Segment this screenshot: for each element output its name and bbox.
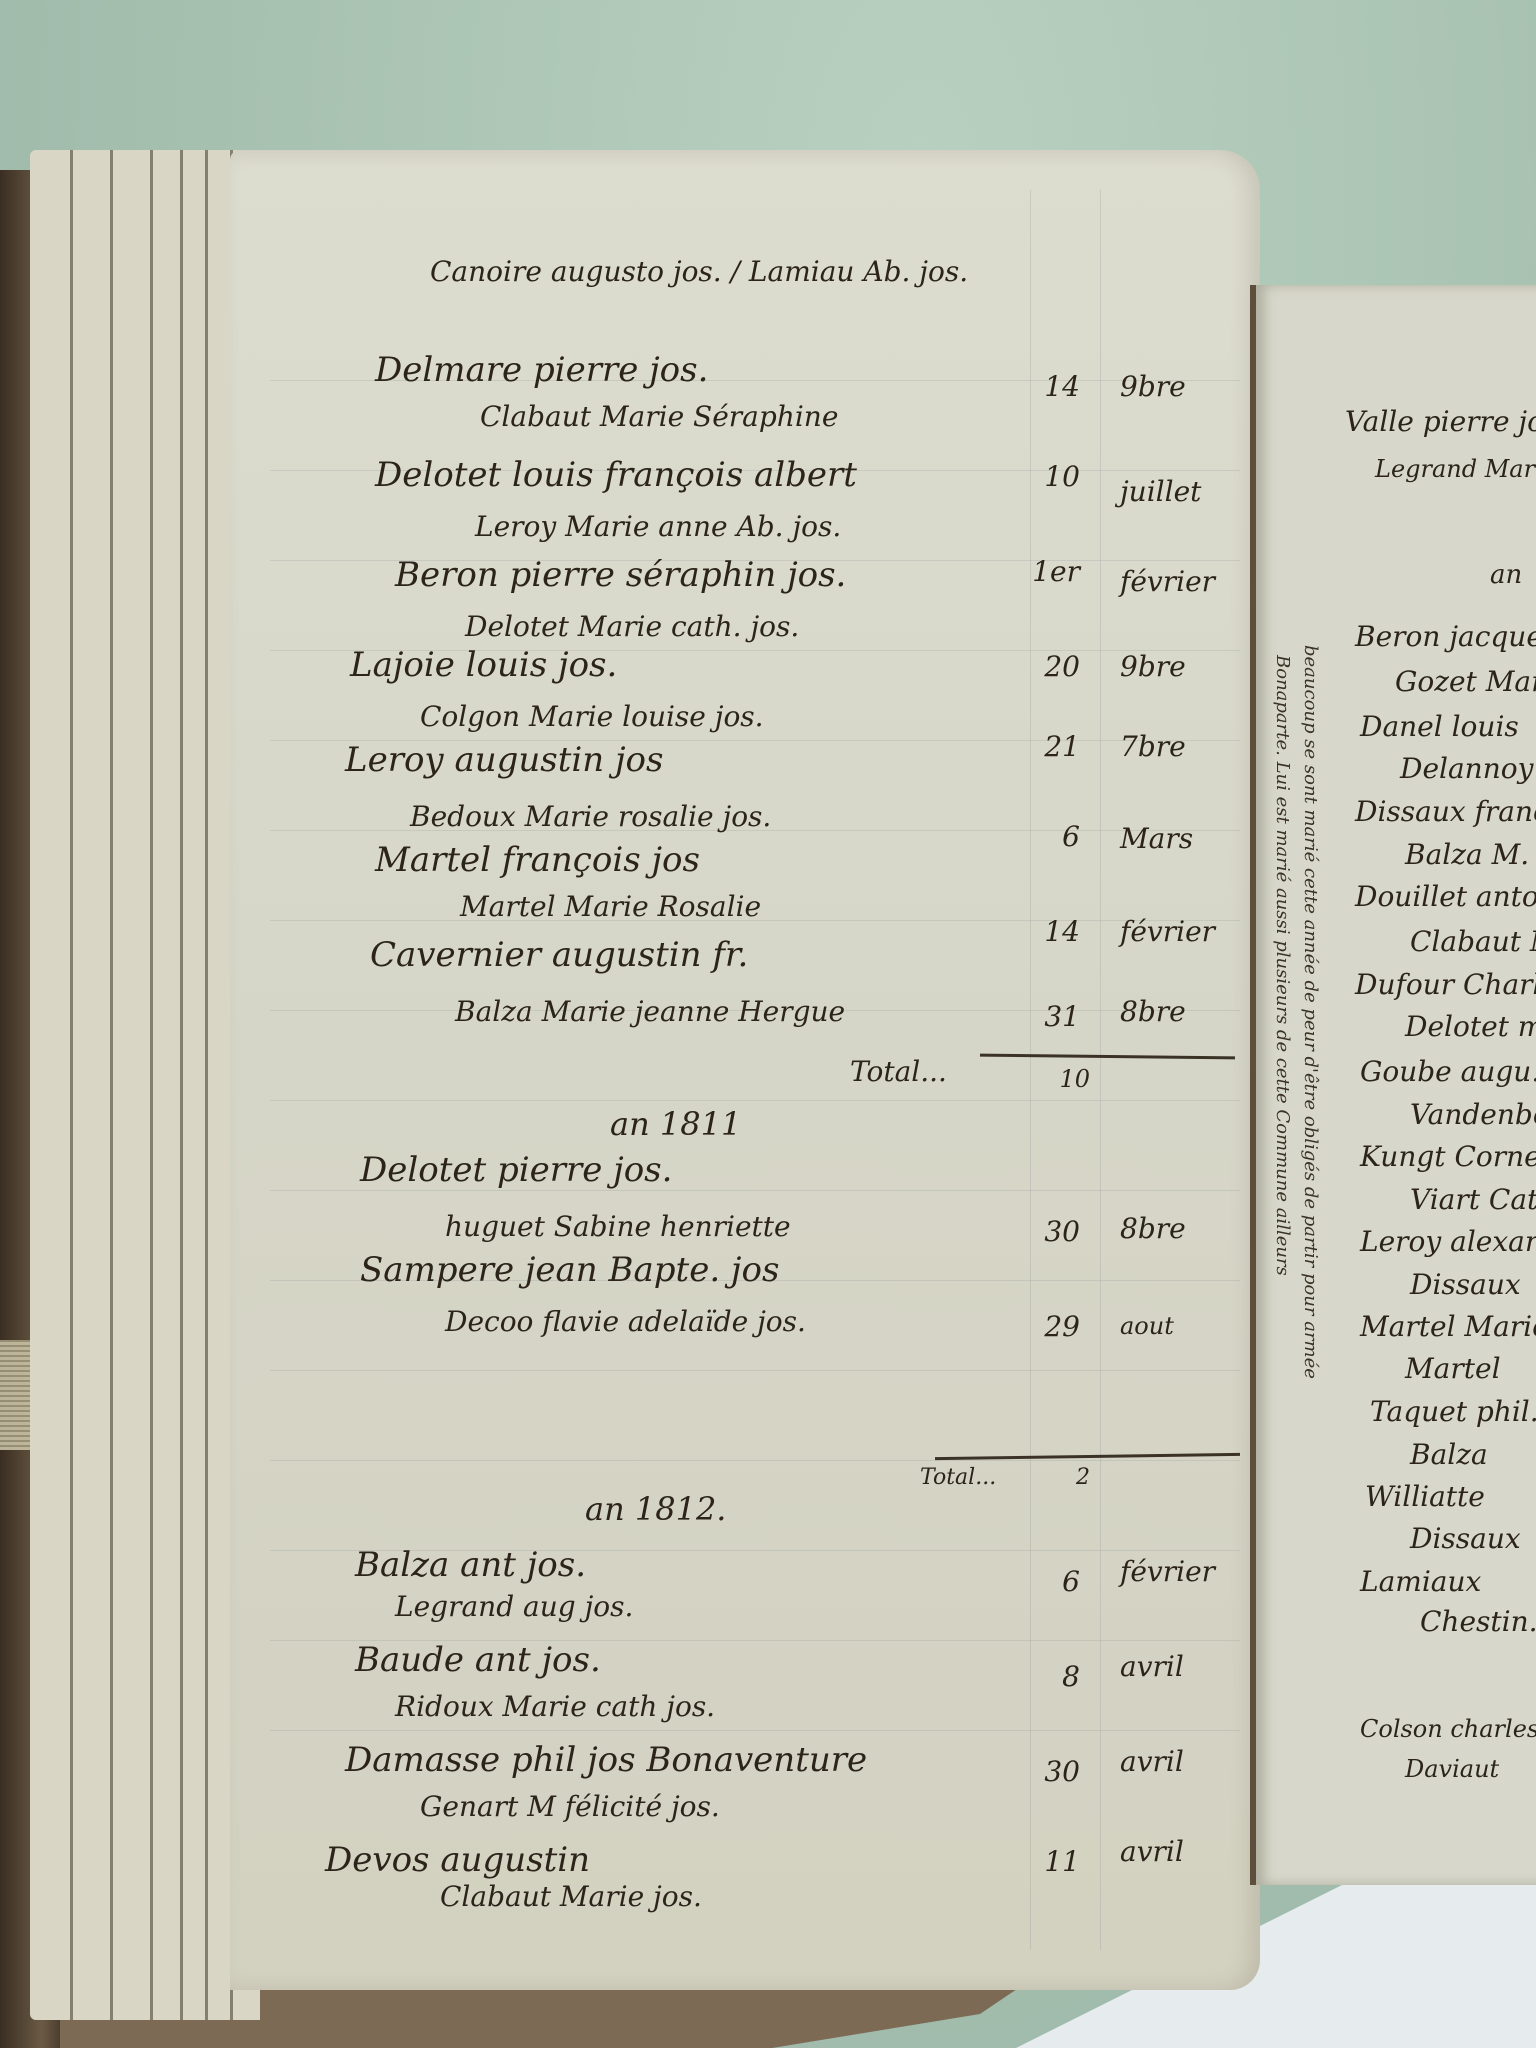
right-entry: Williatte	[1365, 1480, 1485, 1513]
year-heading: an	[1490, 560, 1522, 590]
bride-name: Balza Marie jeanne Hergue	[455, 995, 845, 1028]
entry-month: février	[1120, 1555, 1215, 1588]
entry-month: 9bre	[1120, 650, 1186, 683]
groom-name: Balza ant jos.	[355, 1545, 586, 1585]
right-entry: Kungt Corne.	[1360, 1140, 1536, 1173]
right-entry: Delannoy	[1400, 752, 1533, 785]
groom-name: Baude ant jos.	[355, 1640, 601, 1680]
right-entry: Dissaux	[1410, 1522, 1521, 1555]
groom-name: Lajoie louis jos.	[350, 645, 617, 685]
entry-month: avril	[1120, 1835, 1184, 1868]
groom-name: Martel françois jos	[375, 840, 700, 880]
right-entry: Danel louis	[1360, 710, 1519, 743]
groom-name: Beron pierre séraphin jos.	[395, 555, 846, 595]
right-entry: Viart Cat.	[1410, 1183, 1536, 1216]
ruled-line	[270, 1460, 1240, 1461]
entry-day: 14	[1020, 915, 1080, 948]
entry-month: 8bre	[1120, 1212, 1186, 1245]
column-rule	[1100, 190, 1101, 1950]
right-entry: Martel	[1405, 1352, 1501, 1385]
groom-name: Delmare pierre jos.	[375, 350, 708, 390]
entry-month: Mars	[1120, 822, 1193, 855]
right-entry: Beron jacques	[1355, 620, 1536, 653]
page-edge	[70, 150, 73, 2020]
right-entry: Martel Marie	[1360, 1310, 1536, 1343]
entry-day: 8	[1020, 1660, 1080, 1693]
total-value: 2	[1030, 1465, 1090, 1490]
right-entry: Clabaut M.	[1410, 925, 1536, 958]
entry-day: 11	[1020, 1845, 1080, 1878]
right-entry: Valle pierre jos	[1345, 405, 1536, 438]
entry-day: 6	[1020, 1565, 1080, 1598]
entry-month: aout	[1120, 1312, 1174, 1340]
bride-name: Leroy Marie anne Ab. jos.	[475, 510, 841, 543]
entry-month: 7bre	[1120, 730, 1186, 763]
margin-note: beaucoup se sont marié cette année de pe…	[1300, 645, 1321, 1379]
right-entry: Colson charles	[1360, 1715, 1536, 1743]
page-edge	[180, 150, 183, 2020]
groom-name: Delotet pierre jos.	[360, 1150, 672, 1190]
bride-name: huguet Sabine henriette	[445, 1210, 791, 1243]
bride-name: Bedoux Marie rosalie jos.	[410, 800, 771, 833]
right-entry: Daviaut	[1405, 1755, 1499, 1783]
ruled-line	[270, 1190, 1240, 1191]
right-entry: Gozet Marie	[1395, 665, 1536, 698]
bride-name: Colgon Marie louise jos.	[420, 700, 764, 733]
right-entry: Lamiaux	[1360, 1565, 1481, 1598]
entry-day: 10	[1020, 460, 1080, 493]
bride-name: Clabaut Marie Séraphine	[480, 400, 838, 433]
right-entry: Delotet m.	[1405, 1010, 1536, 1043]
ruled-line	[270, 1100, 1240, 1101]
right-entry: Dufour Charles	[1355, 968, 1536, 1001]
right-entry: Chestin.	[1420, 1605, 1536, 1638]
entry-month: 9bre	[1120, 370, 1186, 403]
bride-name: Delotet Marie cath. jos.	[465, 610, 799, 643]
right-entry: Vandenbe.	[1410, 1098, 1536, 1131]
bride-name: Legrand aug jos.	[395, 1590, 633, 1623]
year-heading: an 1811	[610, 1105, 741, 1143]
groom-name: Damasse phil jos Bonaventure	[345, 1740, 867, 1780]
ruled-line	[270, 1370, 1240, 1371]
bride-name: Clabaut Marie jos.	[440, 1880, 702, 1913]
entry-day: 14	[1020, 370, 1080, 403]
groom-name: Delotet louis françois albert	[375, 455, 857, 495]
entry-day: 30	[1020, 1215, 1080, 1248]
entry-day: 1er	[1020, 555, 1080, 588]
groom-name: Cavernier augustin fr.	[370, 935, 748, 975]
entry-day: 6	[1020, 820, 1080, 853]
bride-name: Ridoux Marie cath jos.	[395, 1690, 715, 1723]
entry-month: février	[1120, 915, 1215, 948]
page-edge	[150, 150, 153, 2020]
right-entry: Dissaux franc.	[1355, 795, 1536, 828]
right-entry: Dissaux	[1410, 1268, 1521, 1301]
entry-day: 21	[1020, 730, 1080, 763]
entry-month: avril	[1120, 1650, 1184, 1683]
entry-day: 29	[1020, 1310, 1080, 1343]
total-label: Total...	[850, 1055, 947, 1088]
entry-day: 20	[1020, 650, 1080, 683]
right-entry: Goube augu.	[1360, 1055, 1536, 1088]
bride-name: Canoire augusto jos. / Lamiau Ab. jos.	[430, 255, 968, 288]
right-entry: Taquet phil.	[1370, 1395, 1536, 1428]
bride-name: Martel Marie Rosalie	[460, 890, 761, 923]
right-entry: Balza M.	[1405, 838, 1529, 871]
bride-name: Genart M félicité jos.	[420, 1790, 720, 1823]
total-label: Total...	[920, 1465, 996, 1490]
entry-month: juillet	[1120, 475, 1201, 508]
total-value: 10	[1030, 1065, 1090, 1093]
right-entry: Douillet anto.	[1355, 880, 1536, 913]
page-edge	[110, 150, 113, 2020]
entry-day: 31	[1020, 1000, 1080, 1033]
groom-name: Leroy augustin jos	[345, 740, 663, 780]
ruled-line	[270, 1730, 1240, 1731]
page-edge	[205, 150, 208, 2020]
bride-name: Decoo flavie adelaïde jos.	[445, 1305, 806, 1338]
entry-month: avril	[1120, 1745, 1184, 1778]
groom-name: Sampere jean Bapte. jos	[360, 1250, 779, 1290]
right-entry: Leroy alexandre	[1360, 1225, 1536, 1258]
year-heading: an 1812.	[585, 1490, 726, 1528]
right-entry: Legrand Marie	[1375, 455, 1536, 483]
groom-name: Devos augustin	[325, 1840, 590, 1880]
margin-note: Bonaparte. Lui est marié aussi plusieurs…	[1272, 655, 1293, 1276]
entry-month: 8bre	[1120, 995, 1186, 1028]
right-entry: Balza	[1410, 1438, 1488, 1471]
page-stack	[30, 150, 260, 2020]
entry-day: 30	[1020, 1755, 1080, 1788]
entry-month: février	[1120, 565, 1215, 598]
